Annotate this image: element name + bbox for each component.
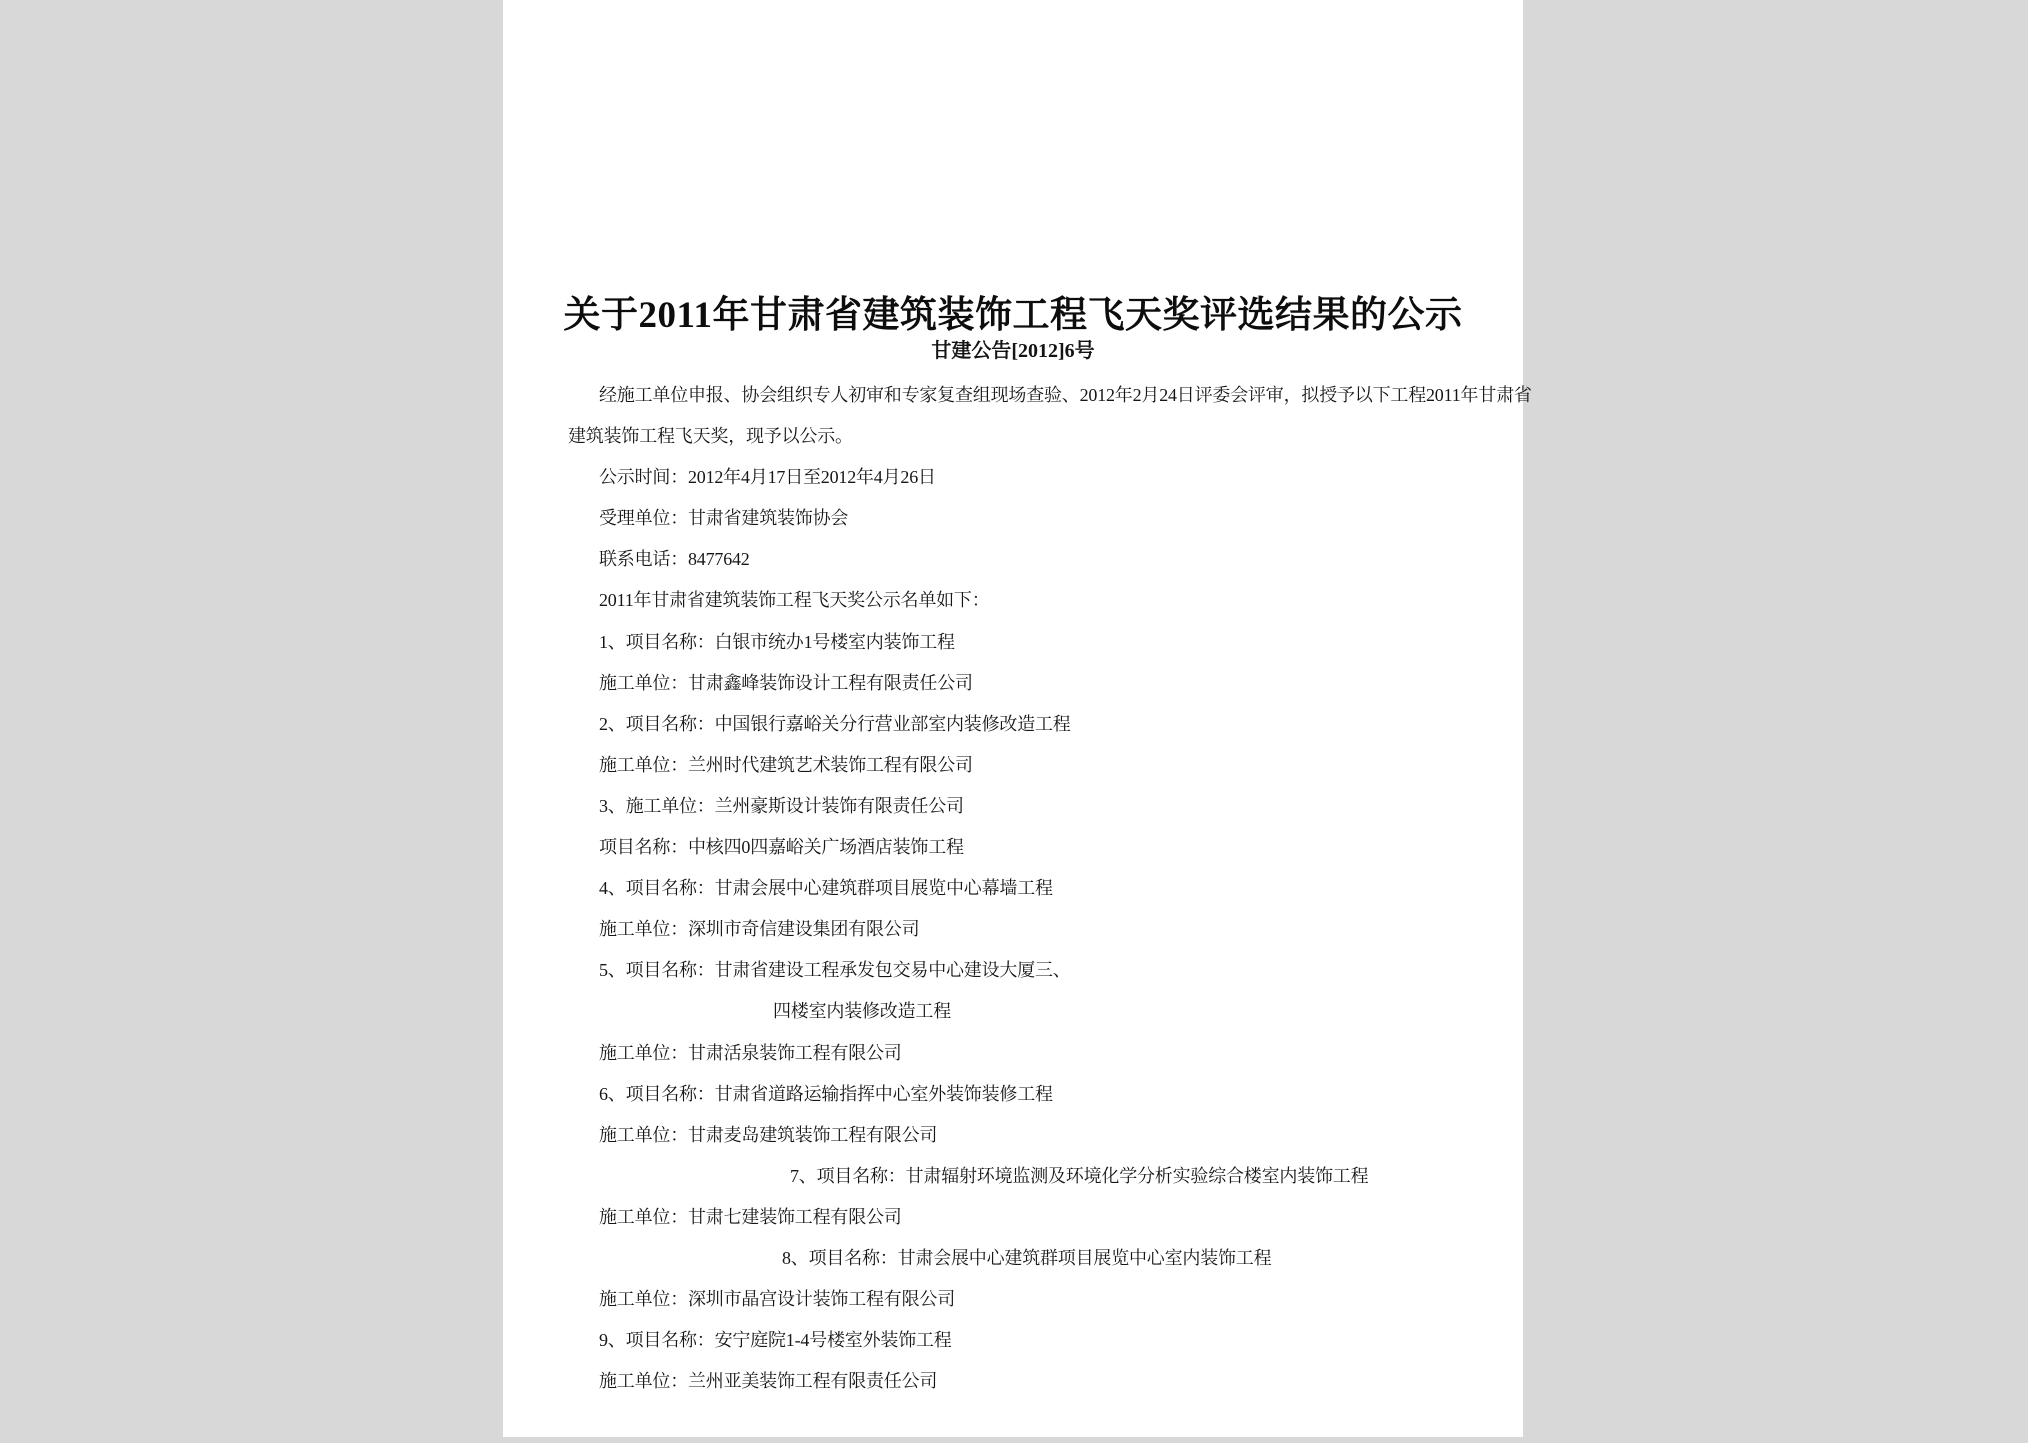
- doc-line: 6、项目名称：甘肃省道路运输指挥中心室外装饰装修工程: [599, 1074, 1520, 1115]
- doc-line: 2011年甘肃省建筑装饰工程飞天奖公示名单如下：: [599, 580, 1520, 621]
- canvas: { "canvas": { "background_color": "#d8d8…: [0, 0, 2028, 1443]
- doc-line: 8、项目名称：甘肃会展中心建筑群项目展览中心室内装饰工程: [782, 1238, 1520, 1279]
- doc-line: 3、施工单位：兰州豪斯设计装饰有限责任公司: [599, 786, 1520, 827]
- doc-line: 施工单位：深圳市奇信建设集团有限公司: [599, 909, 1520, 950]
- doc-line: 施工单位：甘肃鑫峰装饰设计工程有限责任公司: [599, 663, 1520, 704]
- doc-line: 项目名称：中核四0四嘉峪关广场酒店装饰工程: [599, 827, 1520, 868]
- doc-line: 9、项目名称：安宁庭院1-4号楼室外装饰工程: [599, 1320, 1520, 1361]
- doc-line: 施工单位：甘肃活泉装饰工程有限公司: [599, 1033, 1520, 1074]
- doc-line: 施工单位：甘肃七建装饰工程有限公司: [599, 1197, 1520, 1238]
- doc-line: 公示时间：2012年4月17日至2012年4月26日: [599, 457, 1520, 498]
- doc-line: 建筑装饰工程飞天奖，现予以公示。: [568, 416, 1520, 457]
- doc-line: 受理单位：甘肃省建筑装饰协会: [599, 498, 1520, 539]
- document-page: 关于2011年甘肃省建筑装饰工程飞天奖评选结果的公示 甘建公告[2012]6号 …: [503, 0, 1523, 1437]
- doc-line: 联系电话：8477642: [599, 539, 1520, 580]
- doc-line: 经施工单位申报、协会组织专人初审和专家复查组现场查验、2012年2月24日评委会…: [599, 375, 1520, 416]
- doc-line: 7、项目名称：甘肃辐射环境监测及环境化学分析实验综合楼室内装饰工程: [790, 1156, 1520, 1197]
- doc-line: 施工单位：兰州亚美装饰工程有限责任公司: [599, 1361, 1520, 1402]
- document-title: 关于2011年甘肃省建筑装饰工程飞天奖评选结果的公示: [503, 284, 1523, 338]
- doc-line: 1、项目名称：白银市统办1号楼室内装饰工程: [599, 622, 1520, 663]
- doc-line: 2、项目名称：中国银行嘉峪关分行营业部室内装修改造工程: [599, 704, 1520, 745]
- doc-line: 施工单位：兰州时代建筑艺术装饰工程有限公司: [599, 745, 1520, 786]
- doc-line: 施工单位：甘肃麦岛建筑装饰工程有限公司: [599, 1115, 1520, 1156]
- doc-line: 5、项目名称：甘肃省建设工程承发包交易中心建设大厦三、: [599, 950, 1520, 991]
- doc-line: 施工单位：深圳市晶宫设计装饰工程有限公司: [599, 1279, 1520, 1320]
- document-number: 甘建公告[2012]6号: [503, 334, 1523, 363]
- doc-line: 4、项目名称：甘肃会展中心建筑群项目展览中心幕墙工程: [599, 868, 1520, 909]
- doc-line: 四楼室内装修改造工程: [773, 991, 1520, 1032]
- document-lines: 经施工单位申报、协会组织专人初审和专家复查组现场查验、2012年2月24日评委会…: [568, 375, 1520, 1402]
